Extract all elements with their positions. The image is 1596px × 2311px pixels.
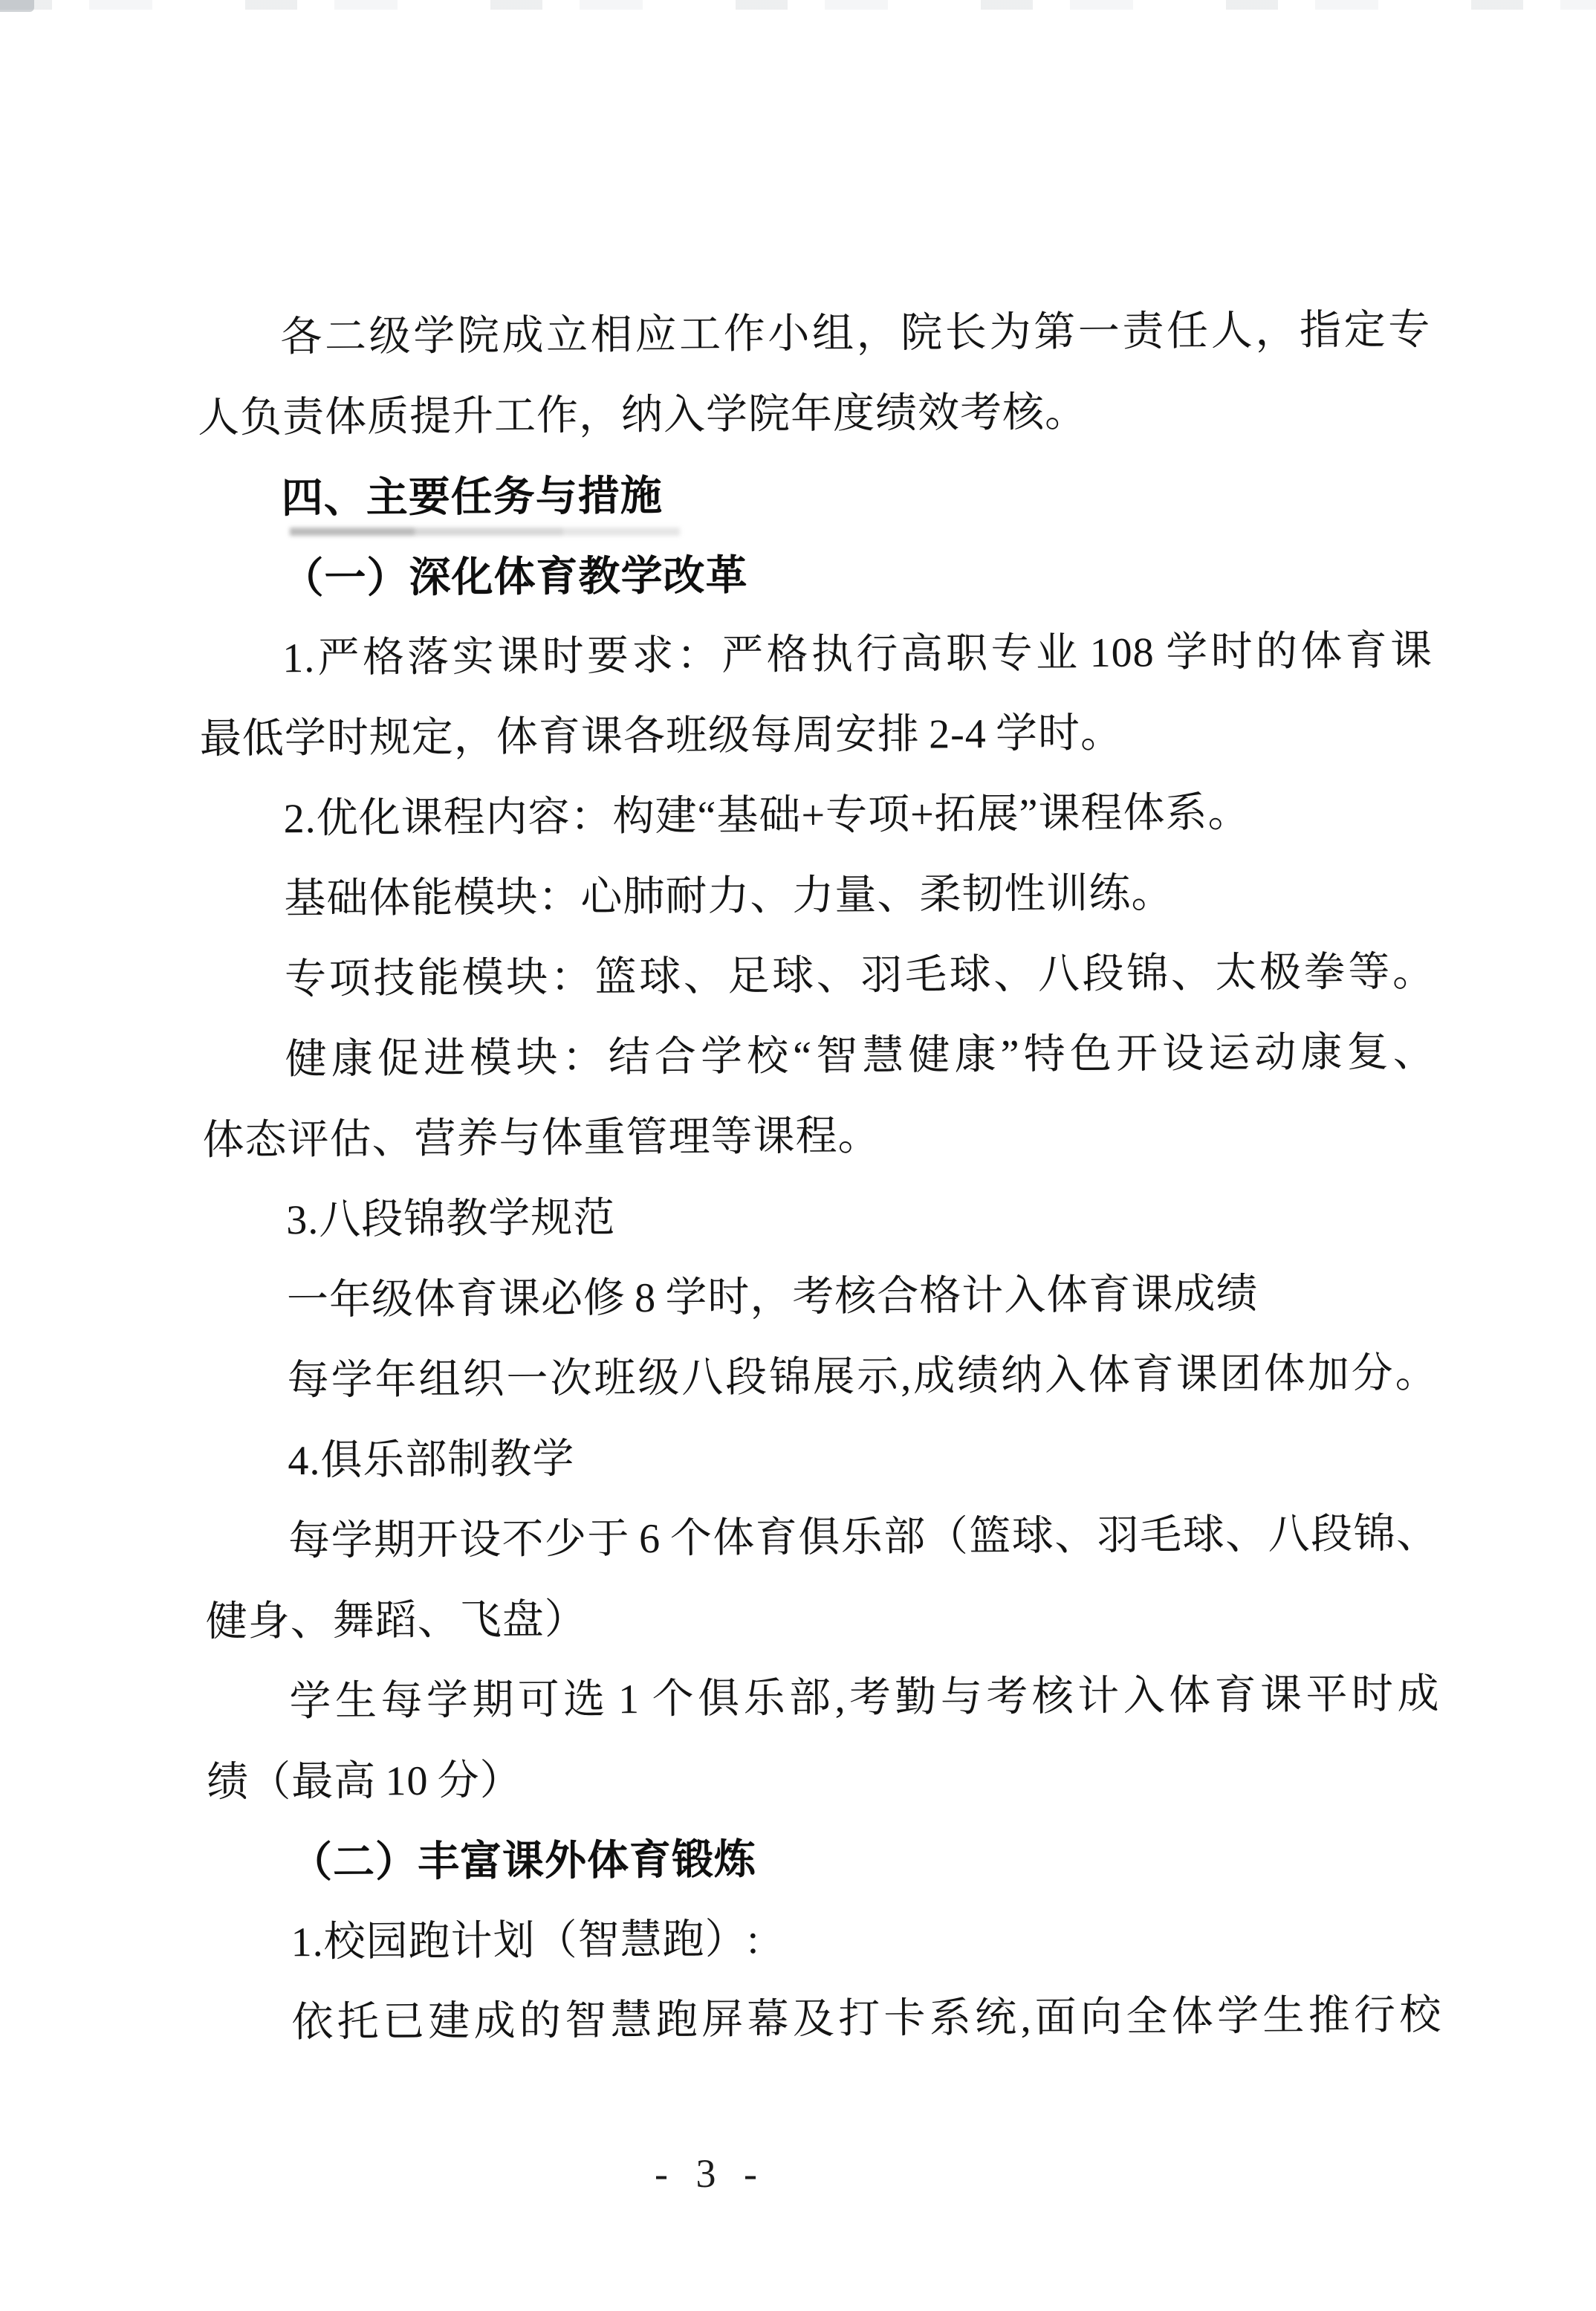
body-text-line: 2.优化课程内容：构建“基础+专项+拓展”课程体系。 — [200, 771, 1434, 860]
body-text-line: 体态评估、营养与体重管理等课程。 — [202, 1092, 1436, 1181]
body-text-line: 3.八段锦教学规范 — [203, 1173, 1437, 1261]
page-number: - 3 - — [0, 2151, 1508, 2196]
body-text-line: 各二级学院成立相应工作小组，院长为第一责任人，指定专 — [197, 290, 1431, 378]
body-text-line: 一年级体育课必修 8 学时，考核合格计入体育课成绩 — [204, 1253, 1438, 1341]
body-text-line: 专项技能模块：篮球、足球、羽毛球、八段锦、太极拳等。 — [201, 932, 1436, 1020]
body-text-line: 健康促进模块：结合学校“智慧健康”特色开设运动康复、 — [201, 1012, 1436, 1101]
body-text-line: 每学年组织一次班级八段锦展示,成绩纳入体育课团体加分。 — [204, 1333, 1438, 1422]
subsection-heading-1: （一）深化体育教学改革 — [198, 531, 1433, 619]
body-text-line: 1.校园跑计划（智慧跑）: — [207, 1895, 1441, 1983]
body-text-line: 绩（最高 10 分） — [207, 1734, 1441, 1823]
scan-artifact-top-edge — [0, 0, 1596, 10]
body-text-line: 4.俱乐部制教学 — [204, 1413, 1438, 1502]
body-text-line: 1.严格落实课时要求：严格执行高职专业 108 学时的体育课 — [199, 611, 1433, 699]
subsection-heading-2: （二）丰富课外体育锻炼 — [207, 1815, 1441, 1903]
scan-artifact-corner — [0, 0, 34, 12]
body-text-line: 每学期开设不少于 6 个体育俱乐部（篮球、羽毛球、八段锦、 — [205, 1494, 1439, 1582]
body-text-line: 人负责体质提升工作，纳入学院年度绩效考核。 — [198, 370, 1432, 458]
body-text-line: 基础体能模块：心肺耐力、力量、柔韧性训练。 — [201, 852, 1435, 940]
document-body: 各二级学院成立相应工作小组，院长为第一责任人，指定专 人负责体质提升工作，纳入学… — [197, 290, 1442, 2064]
body-text-line: 学生每学期可选 1 个俱乐部,考勤与考核计入体育课平时成 — [206, 1654, 1440, 1743]
section-heading-main: 四、主要任务与措施 — [198, 450, 1432, 539]
body-text-line: 健身、舞蹈、飞盘） — [205, 1574, 1439, 1662]
body-text-line: 依托已建成的智慧跑屏幕及打卡系统,面向全体学生推行校 — [208, 1975, 1442, 2064]
document-page: 各二级学院成立相应工作小组，院长为第一责任人，指定专 人负责体质提升工作，纳入学… — [0, 0, 1596, 2311]
body-text-line: 最低学时规定，体育课各班级每周安排 2-4 学时。 — [200, 691, 1434, 779]
